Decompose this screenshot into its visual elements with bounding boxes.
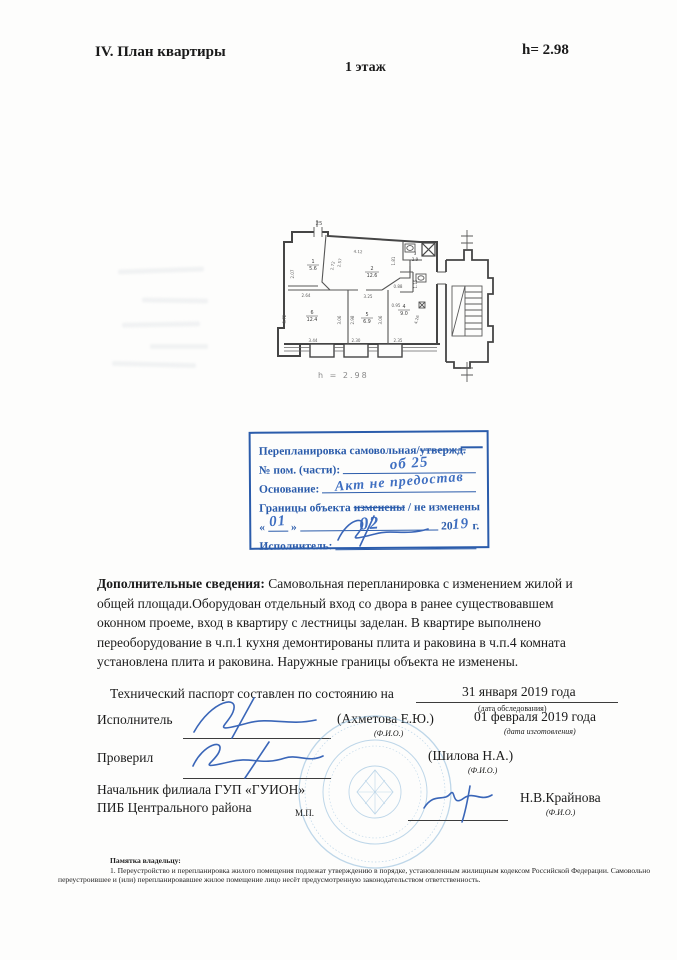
checked-fio-note: (Ф.И.О.) (468, 766, 497, 775)
svg-text:3.25: 3.25 (364, 294, 373, 299)
bleedthrough-mark (142, 297, 208, 303)
owner-memo-line1: 1. Переустройство и перепланировка жилог… (110, 866, 609, 875)
stamp-basis-row: Основание: Акт не предостав (259, 475, 479, 496)
owner-memo-title: Памятка владельцу: (110, 856, 662, 866)
svg-text:0.95: 0.95 (392, 303, 401, 308)
ceiling-height-label: h= 2.98 (522, 42, 569, 59)
survey-date-underline (416, 701, 618, 703)
svg-text:3.06: 3.06 (337, 315, 342, 324)
stamp-title-row: Перепланировка самовольная/утвержд. (259, 437, 479, 458)
stamp-executor-signature (330, 512, 440, 552)
room-number: 5 (365, 312, 368, 318)
room-area: 5.6 (309, 266, 317, 272)
plan-height-note: h = 2.98 (318, 371, 369, 380)
svg-text:2.72: 2.72 (329, 260, 336, 270)
executor-label: Исполнитель (97, 712, 173, 728)
svg-text:3.44: 3.44 (309, 338, 318, 343)
svg-text:2.64: 2.64 (302, 293, 311, 298)
section-title: IV. План квартиры (95, 44, 226, 61)
svg-text:2.98: 2.98 (350, 315, 355, 324)
room-number: 4 (402, 304, 405, 310)
bleedthrough-mark (150, 344, 208, 349)
room-number: 3 (414, 251, 417, 256)
room-area: 2.9 (412, 257, 419, 262)
svg-text:3.72: 3.72 (282, 314, 287, 323)
chief-name: Н.В.Крайнова (520, 790, 601, 806)
svg-text:1.81: 1.81 (391, 256, 396, 265)
chief-fio-note: (Ф.И.О.) (546, 808, 575, 817)
room-area: 9.0 (400, 311, 408, 317)
room-area: 12.4 (307, 317, 318, 323)
checked-name: (Шилова Н.А.) (428, 748, 513, 764)
made-date: 01 февраля 2019 года (474, 709, 596, 725)
svg-text:4.12: 4.12 (354, 249, 364, 254)
stamp-year-suffix: г. (472, 520, 479, 532)
svg-text:1.15: 1.15 (413, 279, 418, 288)
room-number: 2 (370, 266, 373, 272)
handwritten-room-number: об 25 (390, 455, 430, 474)
stairwell-outer-walls (446, 250, 493, 368)
chief-title-line1: Начальник филиала ГУП «ГУИОН» (97, 782, 305, 798)
vent-shaft-icon (422, 243, 435, 256)
made-date-note: (дата изготовления) (504, 727, 576, 736)
floor-label: 1 этаж (345, 60, 386, 76)
handwritten-day: 01 (269, 514, 287, 531)
stamp-year-prefix: 20 (441, 520, 453, 532)
owner-memo: Памятка владельцу: 1. Переустройство и п… (58, 856, 662, 885)
room-area: 6.9 (363, 319, 371, 325)
svg-text:2.07: 2.07 (290, 269, 295, 278)
bleedthrough-mark (122, 321, 200, 327)
svg-text:3.06: 3.06 (378, 315, 383, 324)
staircase-icon (452, 286, 482, 336)
svg-text:2.35: 2.35 (394, 338, 403, 343)
room-number: 1 (311, 259, 314, 265)
chief-title-line2: ПИБ Центрального района (97, 800, 252, 816)
svg-text:2.30: 2.30 (352, 338, 361, 343)
bleedthrough-mark (112, 361, 196, 368)
small-fixture-icon (416, 274, 426, 308)
scanned-document-page: IV. План квартиры h= 2.98 1 этаж (0, 0, 677, 960)
stamp-executor-label: Исполнитель: (259, 540, 332, 553)
dimension-labels: 2.07 2.72 2.57 4.12 1.81 0.88 1.15 2.64 … (282, 221, 420, 343)
stamp-room-label: № пом. (части): (259, 464, 340, 477)
stamp-basis-label: Основание: (259, 483, 319, 495)
checked-label: Проверил (97, 750, 153, 766)
additional-info-label: Дополнительные сведения: (97, 576, 265, 591)
room-number: 6 (310, 310, 313, 316)
chief-signature (418, 784, 508, 826)
checked-signature (185, 736, 335, 782)
room-area: 12.6 (367, 273, 378, 279)
svg-text:0.88: 0.88 (394, 284, 403, 289)
bleedthrough-mark (118, 267, 204, 275)
floor-plan: 1 5.6 2 12.6 3 2.9 4 9.0 5 6.9 6 12.4 2.… (270, 216, 510, 391)
svg-text:4.26: 4.26 (413, 314, 420, 324)
survey-date: 31 января 2019 года (462, 684, 576, 700)
additional-info: Дополнительные сведения: Самовольная пер… (97, 574, 593, 672)
top-dimension: 25 (316, 221, 323, 227)
strike-extension (461, 446, 483, 448)
svg-text:2.57: 2.57 (336, 257, 343, 267)
handwritten-year: 19 (452, 517, 470, 533)
window-bays (310, 344, 402, 357)
mp-label: М.П. (295, 808, 314, 818)
